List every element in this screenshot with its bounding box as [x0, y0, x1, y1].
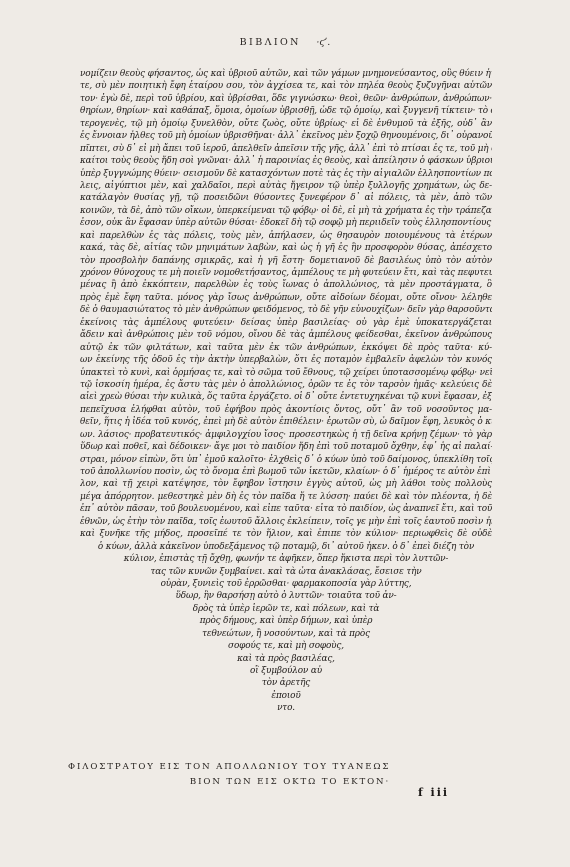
text-line: ντο.: [272, 702, 300, 714]
text-line: χρόνον θύνοχους τε μὴ ποιεῖν νομοθετήσαν…: [80, 267, 492, 279]
text-line: τὸν ἀρετῆς: [251, 677, 321, 689]
text-line: ων. λάσιος· προβατευτικός· ἀμφιλογχίου ἴ…: [80, 429, 492, 441]
text-line: τῷ ἰσκοσίη ἡμέρα, ἐς ἄστυ τὰς μὲν ὁ ἀπολ…: [80, 379, 492, 391]
text-line: τον· ἐγὼ δὲ, περὶ τοῦ ὑβρίου, καὶ ὑβρίσθ…: [80, 93, 492, 105]
text-line: ἐς ἔννοιαν ἦλθες τοῦ μὴ ὁμοίων ὑβρισθῆνα…: [80, 130, 492, 142]
text-line: ὕδωρ, ἣν θαρσήσῃ αὐτὸ ὁ λυττῶν· τοιαῦτα …: [161, 590, 411, 602]
text-line: κακά, τὰς δὲ, αἰτίας τῶν μηνιμάτων λαβὼν…: [80, 242, 492, 254]
text-line: καίτοι τοὺς θεοὺς ἤδη σοὶ γνῶναι· ἀλλ᾽ ἡ…: [80, 155, 492, 167]
text-line: ὑπακτεὶ τὸ κυνὶ, καὶ ὁρμήσας τε, καὶ τὸ …: [80, 367, 492, 379]
text-line: κοινῶν, τὰ δὲ, ἀπὸ τῶν οἴκων, ὑπερκείμεν…: [80, 205, 492, 217]
colophon-line-1: ΦΙΛΟΣΤΡΑΤΟΥ ΕΙΣ ΤΟΝ ΑΠΟΛΛΩΝΙΟΥ ΤΟΥ ΤΥΑΝΕ…: [60, 760, 520, 775]
text-line: πρὸς δήμους, καὶ ὑπὲρ δήμων, καὶ ὑπὲρ: [184, 615, 389, 627]
text-line: ἐθνῶν, ὡς ἐτὴν τὸν παῖδα, τοῖς ἑωυτοῦ ἄλ…: [80, 516, 492, 528]
text-line: ὕδωρ καὶ ποθεῖ, καὶ δέδοικεν· ἄγε μοι τὸ…: [80, 441, 492, 453]
text-line: νομίζειν θεοὺς φήσαντος, ὡς καὶ ὑβριοῦ α…: [80, 68, 492, 80]
text-line: κύλιον, ἐπιστὰς τῇ ὄχθῃ, φωνήν τε ἀφῆκεν…: [108, 553, 464, 565]
text-line: στραι, μόνον εἰπὼν, ὅτι ὑπ᾽ ἐμοῦ καλοῖτο…: [80, 454, 492, 466]
colophon: ΦΙΛΟΣΤΡΑΤΟΥ ΕΙΣ ΤΟΝ ΑΠΟΛΛΩΝΙΟΥ ΤΟΥ ΤΥΑΝΕ…: [60, 760, 520, 790]
text-line: τεθνεώτων, ἢ νοσούντων, καὶ τὰ πρὸς: [194, 628, 379, 640]
text-line: οἳ ξυμβούλον αὐ: [239, 665, 334, 677]
text-line: πῖπτει, σὺ δ᾽ εἰ μὴ ἄπει τοῦ ἱεροῦ, ἀπελ…: [80, 143, 492, 155]
text-line: τας τῶν κυνῶν ξυμβαίνει. καὶ τὰ ὦτα ἀνακ…: [136, 566, 436, 578]
text-line: δρὸς τὰ ὑπὲρ ἱερῶν τε, καὶ πόλεων, καὶ τ…: [174, 603, 399, 615]
text-line: ἄδειν καὶ ἀνθρώποις μὲν τοῦ νόμου, οἴνου…: [80, 329, 492, 341]
running-head: ΒΙΒΛΙΟΝ ·ϛʹ.: [0, 37, 570, 48]
text-line: ἐποιοῦ: [266, 690, 306, 702]
text-line: ἐκείνοις τὰς ἀμπέλους φυτεύειν· δείσας ὑ…: [80, 317, 492, 329]
text-line: κατάλαγὸν θυσίας γῇ, τῷ ποσειδῶνι θύσοντ…: [80, 192, 492, 204]
text-line: ὁ κύων, ἀλλὰ κἀκεῖνον ὑποδεξάμενος τῷ πο…: [80, 541, 492, 553]
text-line: τε, σὺ μὲν ποιητικὴ ἔφη ἑταίρου σου, τὸν…: [80, 80, 492, 92]
colophon-line-2: ΒΙΟΝ ΤΩΝ ΕΙΣ ΟΚΤΩ ΤΟ ΕΚΤΟΝ·: [60, 775, 520, 790]
text-line: ων ἐκείνης τῆς ὁδοῦ ἐς τὴν ἀκτὴν ὑπερβαλ…: [80, 354, 492, 366]
text-line: τερογενὲς, τῷ μὴ ὁμοίῳ ξυνελθὸν, οὔτε ζω…: [80, 118, 492, 130]
text-line: οὐρὰν, ξυνιεὶς τοῦ ἐρρῶσθαι· φαρμακοποσί…: [151, 578, 421, 590]
text-line: δὲ ὁ θαυμασιώτατος τὸ μὲν ἀνθρώπων φειδό…: [80, 304, 492, 316]
text-line: καὶ τὰ πρὸς βασιλέας,: [221, 653, 351, 665]
text-line: καὶ παρελθὼν ἐς τὰς πόλεις, τοὺς μὲν, ἀπ…: [80, 230, 492, 242]
text-line: μένας ἢ ἀπὸ ἐκκόπτειν, παρελθὼν ἐς τοὺς …: [80, 279, 492, 291]
tapered-paragraph-ending: ὁ κύων, ἀλλὰ κἀκεῖνον ὑποδεξάμενος τῷ πο…: [80, 541, 492, 715]
text-line: ἐπ᾽ αὐτὸν πᾶσαν, τοῦ βουλευομένου, καὶ ε…: [80, 503, 492, 515]
text-line: θεῖν, ἥτις ἡ ἰδέα τοῦ κυνός, ἐπεὶ μὴ δὲ …: [80, 416, 492, 428]
text-line: καὶ ξυνῆκε τῆς μήδος, προσεῖπέ τε τὸν ἥλ…: [80, 528, 492, 540]
text-line: ἐσον, οὐκ ἂν ἔφασαν ὑπὲρ αὐτῶν θύσαι· ἐδ…: [80, 217, 492, 229]
text-line: πρὸς ἐμὲ ἔφη ταῦτα. μόνος γὰρ ἴσως ἀνθρώ…: [80, 292, 492, 304]
text-line: αἰεὶ χρεὼ θύσαι τὴν κυλικὰ, ὅς ταῦτα ἐργ…: [80, 391, 492, 403]
signature-mark: f iii: [418, 786, 449, 799]
text-line: τοῦ ἀπολλωνίου ποσὶν, ὡς τὸ ὄνομα ἐπὶ βω…: [80, 466, 492, 478]
text-line: πεπεῖχυσα ἐλήφθαι αὐτὸν, τοῦ ἐφήβου πρὸς…: [80, 404, 492, 416]
text-line: αὐτῷ ἐκ τῶν φιλτάτων, καὶ ταῦτα μὲν ἐκ τ…: [80, 342, 492, 354]
text-line: λον, καὶ τῇ χειρὶ κατέψησε, τὸν ἔφηβον ἵ…: [80, 478, 492, 490]
book-number: ·ϛʹ.: [316, 37, 330, 48]
main-text-block: νομίζειν θεοὺς φήσαντος, ὡς καὶ ὑβριοῦ α…: [80, 68, 492, 715]
justified-paragraph: νομίζειν θεοὺς φήσαντος, ὡς καὶ ὑβριοῦ α…: [80, 68, 492, 541]
text-line: σοφούς τε, καὶ μὴ σοφοὺς,: [211, 640, 361, 652]
text-line: μέγα ἀπόρρητον. μεθεστηκὲ μὲν δὴ ἐς τὸν …: [80, 491, 492, 503]
book-page: ΒΙΒΛΙΟΝ ·ϛʹ. νομίζειν θεοὺς φήσαντος, ὡς…: [0, 0, 570, 867]
text-line: τὸν προσβολὴν δαπάνης σμικρᾶς, καὶ ἡ γῆ …: [80, 255, 492, 267]
text-line: λεις, αἰγύπτιοι μὲν, καὶ χαλδαῖοι, περὶ …: [80, 180, 492, 192]
text-line: θηρίων, θηρίων· καὶ καθάπαξ, ὅμοια, ὁμοί…: [80, 105, 492, 117]
book-title: ΒΙΒΛΙΟΝ: [240, 37, 301, 48]
text-line: ὑπὲρ ξυγγνώμης θύειν· σεισμοῦν δὲ κατασχ…: [80, 168, 492, 180]
